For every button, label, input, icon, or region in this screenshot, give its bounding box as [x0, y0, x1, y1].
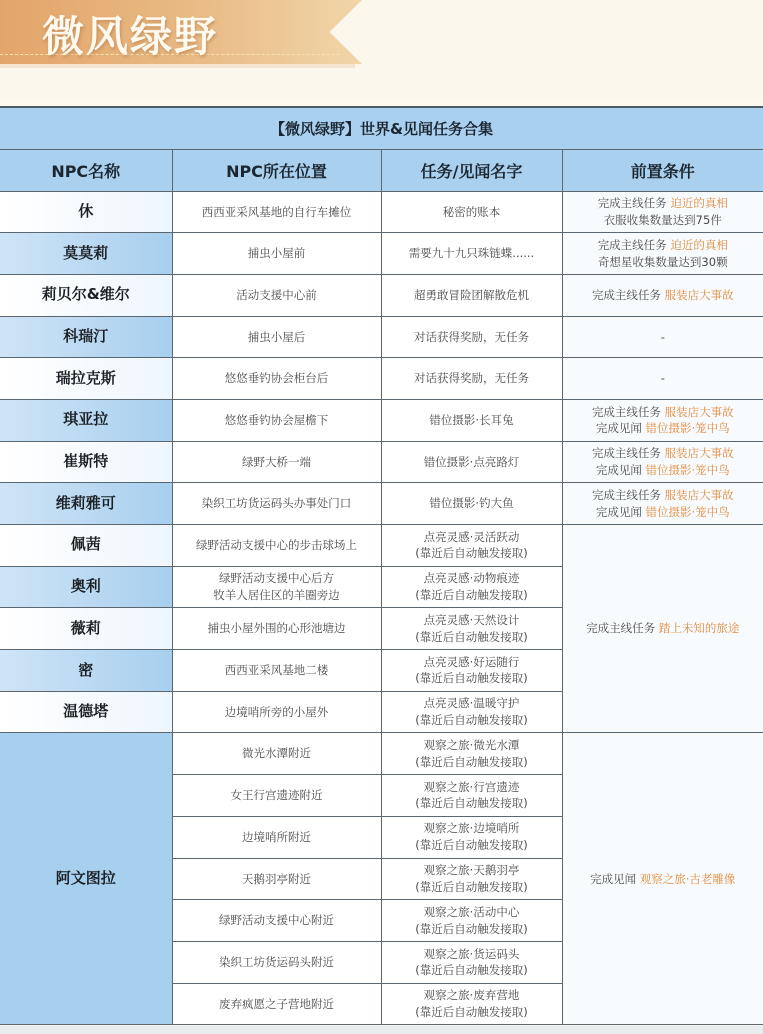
banner-area: 微风绿野	[0, 0, 763, 100]
task-name: 观察之旅·活动中心(靠近后自动触发接取)	[381, 900, 562, 942]
header-precondition: 前置条件	[562, 149, 763, 191]
task-name: 对话获得奖励，无任务	[381, 358, 562, 400]
precondition: 完成主线任务 服装店大事故 完成见闻 错位摄影·笼中鸟	[562, 441, 763, 483]
npc-location: 天鹅羽亭附近	[172, 858, 381, 900]
npc-location: 边境哨所附近	[172, 816, 381, 858]
task-name: 点亮灵感·灵活跃动(靠近后自动触发接取)	[381, 525, 562, 567]
header-npc-location: NPC所在位置	[172, 149, 381, 191]
task-name: 观察之旅·废弃营地(靠近后自动触发接取)	[381, 983, 562, 1025]
npc-name: 莫莫莉	[0, 233, 172, 275]
task-name: 观察之旅·边境哨所(靠近后自动触发接取)	[381, 816, 562, 858]
npc-location: 女王行宫遗迹附近	[172, 775, 381, 817]
npc-name: 瑞拉克斯	[0, 358, 172, 400]
precondition: -	[562, 358, 763, 400]
task-name: 需要九十九只珠链蝶......	[381, 233, 562, 275]
table-row: 瑞拉克斯 悠悠垂钓协会柜台后 对话获得奖励，无任务 -	[0, 358, 763, 400]
npc-location: 染织工坊货运码头办事处门口	[172, 483, 381, 525]
highlight-quest: 服装店大事故	[665, 446, 734, 460]
task-name: 观察之旅·天鹅羽亭(靠近后自动触发接取)	[381, 858, 562, 900]
highlight-quest: 错位摄影·笼中鸟	[646, 505, 730, 519]
task-name: 观察之旅·货运码头(靠近后自动触发接取)	[381, 941, 562, 983]
precondition: -	[562, 316, 763, 358]
npc-location: 西西亚采风基地二楼	[172, 650, 381, 692]
npc-location: 捕虫小屋前	[172, 233, 381, 275]
task-name: 错位摄影·点亮路灯	[381, 441, 562, 483]
npc-location: 悠悠垂钓协会屋檐下	[172, 399, 381, 441]
table-row: 莫莫莉 捕虫小屋前 需要九十九只珠链蝶...... 完成主线任务 迫近的真相 奇…	[0, 233, 763, 275]
highlight-quest: 迫近的真相	[670, 238, 728, 252]
ribbon-shadow	[0, 64, 355, 68]
npc-name: 莉贝尔&维尔	[0, 274, 172, 316]
task-name: 点亮灵感·动物痕迹(靠近后自动触发接取)	[381, 566, 562, 608]
highlight-quest: 服装店大事故	[665, 288, 734, 302]
task-name: 秘密的账本	[381, 191, 562, 233]
highlight-quest: 踏上未知的旅途	[659, 621, 740, 635]
task-name: 点亮灵感·好运随行(靠近后自动触发接取)	[381, 650, 562, 692]
task-name: 点亮灵感·天然设计(靠近后自动触发接取)	[381, 608, 562, 650]
task-name: 错位摄影·长耳兔	[381, 399, 562, 441]
npc-location: 绿野活动支援中心的步击球场上	[172, 525, 381, 567]
task-table: 【微风绿野】世界&见闻任务合集 NPC名称 NPC所在位置 任务/见闻名字 前置…	[0, 106, 763, 1025]
page-title: 微风绿野	[42, 4, 218, 64]
npc-name: 崔斯特	[0, 441, 172, 483]
npc-location: 边境哨所旁的小屋外	[172, 691, 381, 733]
precondition: 完成主线任务 迫近的真相 奇想星收集数量达到30颗	[562, 233, 763, 275]
npc-location: 捕虫小屋后	[172, 316, 381, 358]
table-row: 琪亚拉 悠悠垂钓协会屋檐下 错位摄影·长耳兔 完成主线任务 服装店大事故 完成见…	[0, 399, 763, 441]
highlight-quest: 服装店大事故	[665, 405, 734, 419]
npc-location: 染织工坊货运码头附近	[172, 941, 381, 983]
precondition: 完成主线任务 服装店大事故 完成见闻 错位摄影·笼中鸟	[562, 483, 763, 525]
npc-name: 休	[0, 191, 172, 233]
task-name: 观察之旅·行宫遗迹(靠近后自动触发接取)	[381, 775, 562, 817]
task-name: 错位摄影·钓大鱼	[381, 483, 562, 525]
npc-location: 捕虫小屋外围的心形池塘边	[172, 608, 381, 650]
npc-name: 阿文图拉	[0, 733, 172, 1025]
precondition-group: 完成见闻 观察之旅·古老雕像	[562, 733, 763, 1025]
precondition-group: 完成主线任务 踏上未知的旅途	[562, 525, 763, 733]
highlight-quest: 错位摄影·笼中鸟	[646, 463, 730, 477]
precondition: 完成主线任务 迫近的真相 衣服收集数量达到75件	[562, 191, 763, 233]
npc-name: 维莉雅可	[0, 483, 172, 525]
table-row: 休 西西亚采风基地的自行车摊位 秘密的账本 完成主线任务 迫近的真相 衣服收集数…	[0, 191, 763, 233]
table-row: 阿文图拉 微光水潭附近 观察之旅·微光水潭(靠近后自动触发接取) 完成见闻 观察…	[0, 733, 763, 775]
header-task-name: 任务/见闻名字	[381, 149, 562, 191]
npc-location: 绿野大桥一端	[172, 441, 381, 483]
npc-location: 活动支援中心前	[172, 274, 381, 316]
npc-location: 绿野活动支援中心附近	[172, 900, 381, 942]
table-title: 【微风绿野】世界&见闻任务合集	[0, 107, 763, 149]
header-npc-name: NPC名称	[0, 149, 172, 191]
task-name: 超勇敢冒险团解散危机	[381, 274, 562, 316]
highlight-quest: 服装店大事故	[665, 488, 734, 502]
npc-name: 薇莉	[0, 608, 172, 650]
npc-location: 悠悠垂钓协会柜台后	[172, 358, 381, 400]
task-name: 点亮灵感·温暖守护(靠近后自动触发接取)	[381, 691, 562, 733]
bottom-strip	[0, 1026, 763, 1034]
table-row: 科瑞汀 捕虫小屋后 对话获得奖励，无任务 -	[0, 316, 763, 358]
precondition: 完成主线任务 服装店大事故	[562, 274, 763, 316]
npc-name: 琪亚拉	[0, 399, 172, 441]
precondition: 完成主线任务 服装店大事故 完成见闻 错位摄影·笼中鸟	[562, 399, 763, 441]
table-row: 崔斯特 绿野大桥一端 错位摄影·点亮路灯 完成主线任务 服装店大事故 完成见闻 …	[0, 441, 763, 483]
npc-name: 密	[0, 650, 172, 692]
table-row: 维莉雅可 染织工坊货运码头办事处门口 错位摄影·钓大鱼 完成主线任务 服装店大事…	[0, 483, 763, 525]
table-row: 佩茜 绿野活动支援中心的步击球场上 点亮灵感·灵活跃动(靠近后自动触发接取) 完…	[0, 525, 763, 567]
highlight-quest: 错位摄影·笼中鸟	[646, 421, 730, 435]
npc-location: 废弃疯愿之子营地附近	[172, 983, 381, 1025]
npc-location: 绿野活动支援中心后方牧羊人居住区的羊圈旁边	[172, 566, 381, 608]
table-row: 莉贝尔&维尔 活动支援中心前 超勇敢冒险团解散危机 完成主线任务 服装店大事故	[0, 274, 763, 316]
npc-name: 奥利	[0, 566, 172, 608]
task-name: 对话获得奖励，无任务	[381, 316, 562, 358]
highlight-quest: 观察之旅·古老雕像	[640, 872, 736, 886]
npc-location: 微光水潭附近	[172, 733, 381, 775]
task-name: 观察之旅·微光水潭(靠近后自动触发接取)	[381, 733, 562, 775]
highlight-quest: 迫近的真相	[670, 196, 728, 210]
npc-name: 温德塔	[0, 691, 172, 733]
npc-name: 科瑞汀	[0, 316, 172, 358]
npc-name: 佩茜	[0, 525, 172, 567]
npc-location: 西西亚采风基地的自行车摊位	[172, 191, 381, 233]
